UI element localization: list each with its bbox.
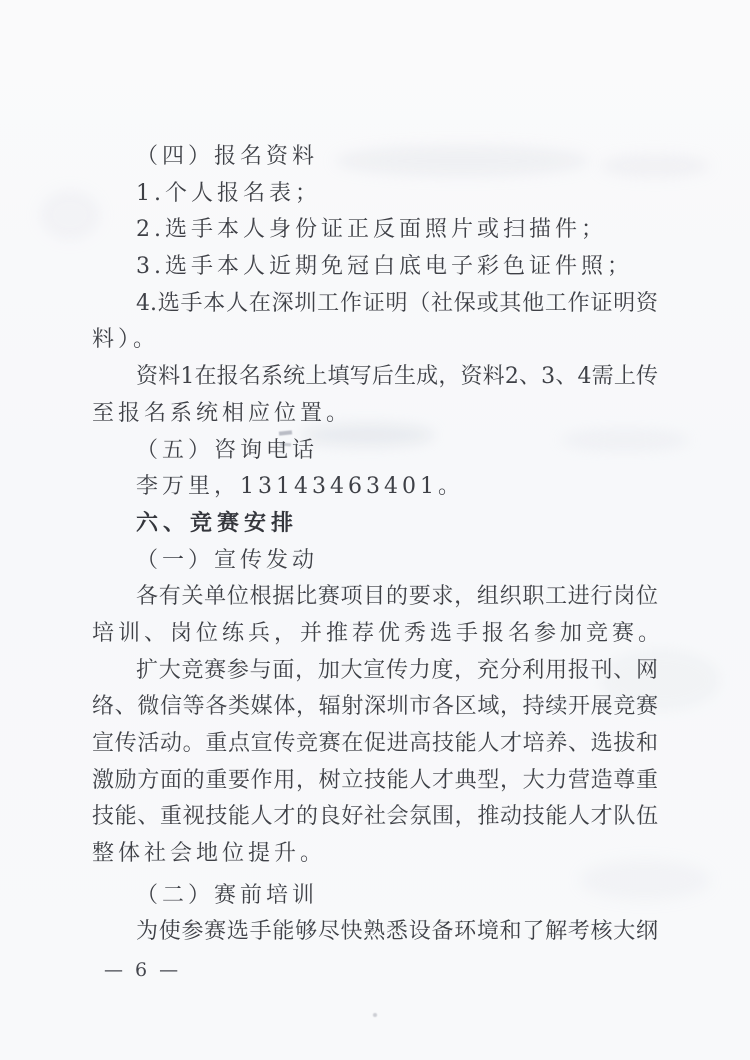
paragraph-mobilization: 各有关单位根据比赛项目的要求，组织职工进行岗位 bbox=[92, 579, 658, 616]
contact-phone: 李万里，13143463401。 bbox=[92, 469, 658, 506]
paragraph-mobilization-continued: 培训、岗位练兵，并推荐优秀选手报名参加竞赛。 bbox=[92, 616, 658, 653]
list-item-1: 1.个人报名表； bbox=[92, 176, 658, 213]
paragraph-publicity-continued: 激励方面的重要作用，树立技能人才典型，大力营造尊重 bbox=[92, 763, 658, 800]
heading-subsection-2: （二）赛前培训 bbox=[92, 878, 658, 915]
paragraph-publicity-continued: 整体社会地位提升。 bbox=[92, 836, 658, 873]
heading-chapter-6: 六、竞赛安排 bbox=[92, 506, 658, 543]
document-body: （四）报名资料1.个人报名表；2.选手本人身份证正反面照片或扫描件；3.选手本人… bbox=[92, 139, 658, 951]
paragraph-publicity-continued: 宣传活动。重点宣传竞赛在促进高技能人才培养、选拔和 bbox=[92, 726, 658, 763]
list-item-4: 4.选手本人在深圳工作证明（社保或其他工作证明资 bbox=[92, 286, 658, 323]
scan-artifact bbox=[40, 190, 100, 240]
list-item-4-continued: 料）。 bbox=[92, 322, 658, 359]
paragraph-upload-note: 资料1在报名系统上填写后生成，资料2、3、4需上传 bbox=[92, 359, 658, 396]
heading-section-4: （四）报名资料 bbox=[92, 139, 658, 176]
document-page: （四）报名资料1.个人报名表；2.选手本人身份证正反面照片或扫描件；3.选手本人… bbox=[0, 0, 750, 1060]
paragraph-publicity: 扩大竞赛参与面，加大宣传力度，充分利用报刊、网 bbox=[92, 653, 658, 690]
list-item-2: 2.选手本人身份证正反面照片或扫描件； bbox=[92, 212, 658, 249]
paragraph-pre-training: 为使参赛选手能够尽快熟悉设备环境和了解考核大纲 bbox=[92, 914, 658, 951]
page-number: — 6 — bbox=[104, 959, 181, 981]
heading-section-5: （五）咨询电话 bbox=[92, 433, 658, 470]
paragraph-publicity-continued: 技能、重视技能人才的良好社会氛围，推动技能人才队伍 bbox=[92, 799, 658, 836]
scan-artifact bbox=[373, 1013, 377, 1017]
paragraph-upload-note-continued: 至报名系统相应位置。 bbox=[92, 396, 658, 433]
list-item-3: 3.选手本人近期免冠白底电子彩色证件照； bbox=[92, 249, 658, 286]
heading-subsection-1: （一）宣传发动 bbox=[92, 543, 658, 580]
paragraph-publicity-continued: 络、微信等各类媒体，辐射深圳市各区域，持续开展竞赛 bbox=[92, 689, 658, 726]
